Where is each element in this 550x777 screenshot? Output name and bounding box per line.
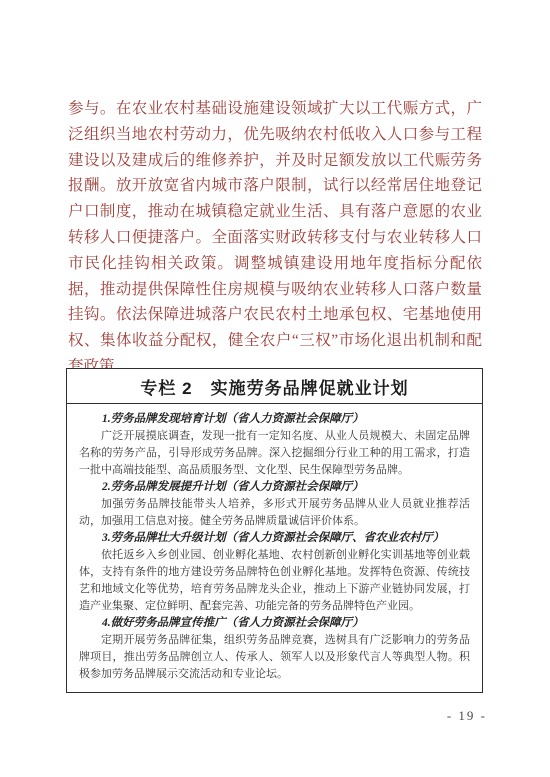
- panel-section-1-heading: 1.劳务品牌发现培育计划（省人力资源社会保障厅）: [79, 411, 470, 428]
- panel-section-3-text: 依托返乡入乡创业园、创业孵化基地、农村创新创业孵化实训基地等创业载体，支持有条件…: [79, 547, 470, 615]
- panel-title: 专栏 2 实施劳务品牌促就业计划: [67, 369, 482, 404]
- panel-section-4-text: 定期开展劳务品牌征集，组织劳务品牌竞赛，选树具有广泛影响力的劳务品牌项目，推出劳…: [79, 632, 470, 683]
- panel-section-2-text: 加强劳务品牌技能带头人培养，多形式开展劳务品牌从业人员就业推荐活动，加强用工信息…: [79, 496, 470, 530]
- document-page: { "body": { "paragraph": "参与。在农业农村基础设施建设…: [0, 0, 550, 777]
- page-number: - 19 -: [447, 708, 487, 724]
- column-2-panel: 专栏 2 实施劳务品牌促就业计划 1.劳务品牌发现培育计划（省人力资源社会保障厅…: [66, 368, 483, 693]
- panel-section-4-heading: 4.做好劳务品牌宣传推广（省人力资源社会保障厅）: [79, 615, 470, 632]
- panel-body: 1.劳务品牌发现培育计划（省人力资源社会保障厅） 广泛开展摸底调查，发现一批有一…: [67, 404, 482, 692]
- panel-section-2-heading: 2.劳务品牌发展提升计划（省人力资源社会保障厅）: [79, 479, 470, 496]
- panel-section-1-text: 广泛开展摸底调查，发现一批有一定知名度、从业人员规模大、未固定品牌名称的劳务产品…: [79, 428, 470, 479]
- panel-section-3-heading: 3.劳务品牌壮大升级计划（省人力资源社会保障厅、省农业农村厅）: [79, 530, 470, 547]
- body-paragraph: 参与。在农业农村基础设施建设领域扩大以工代赈方式，广泛组织当地农村劳动力，优先吸…: [68, 96, 482, 380]
